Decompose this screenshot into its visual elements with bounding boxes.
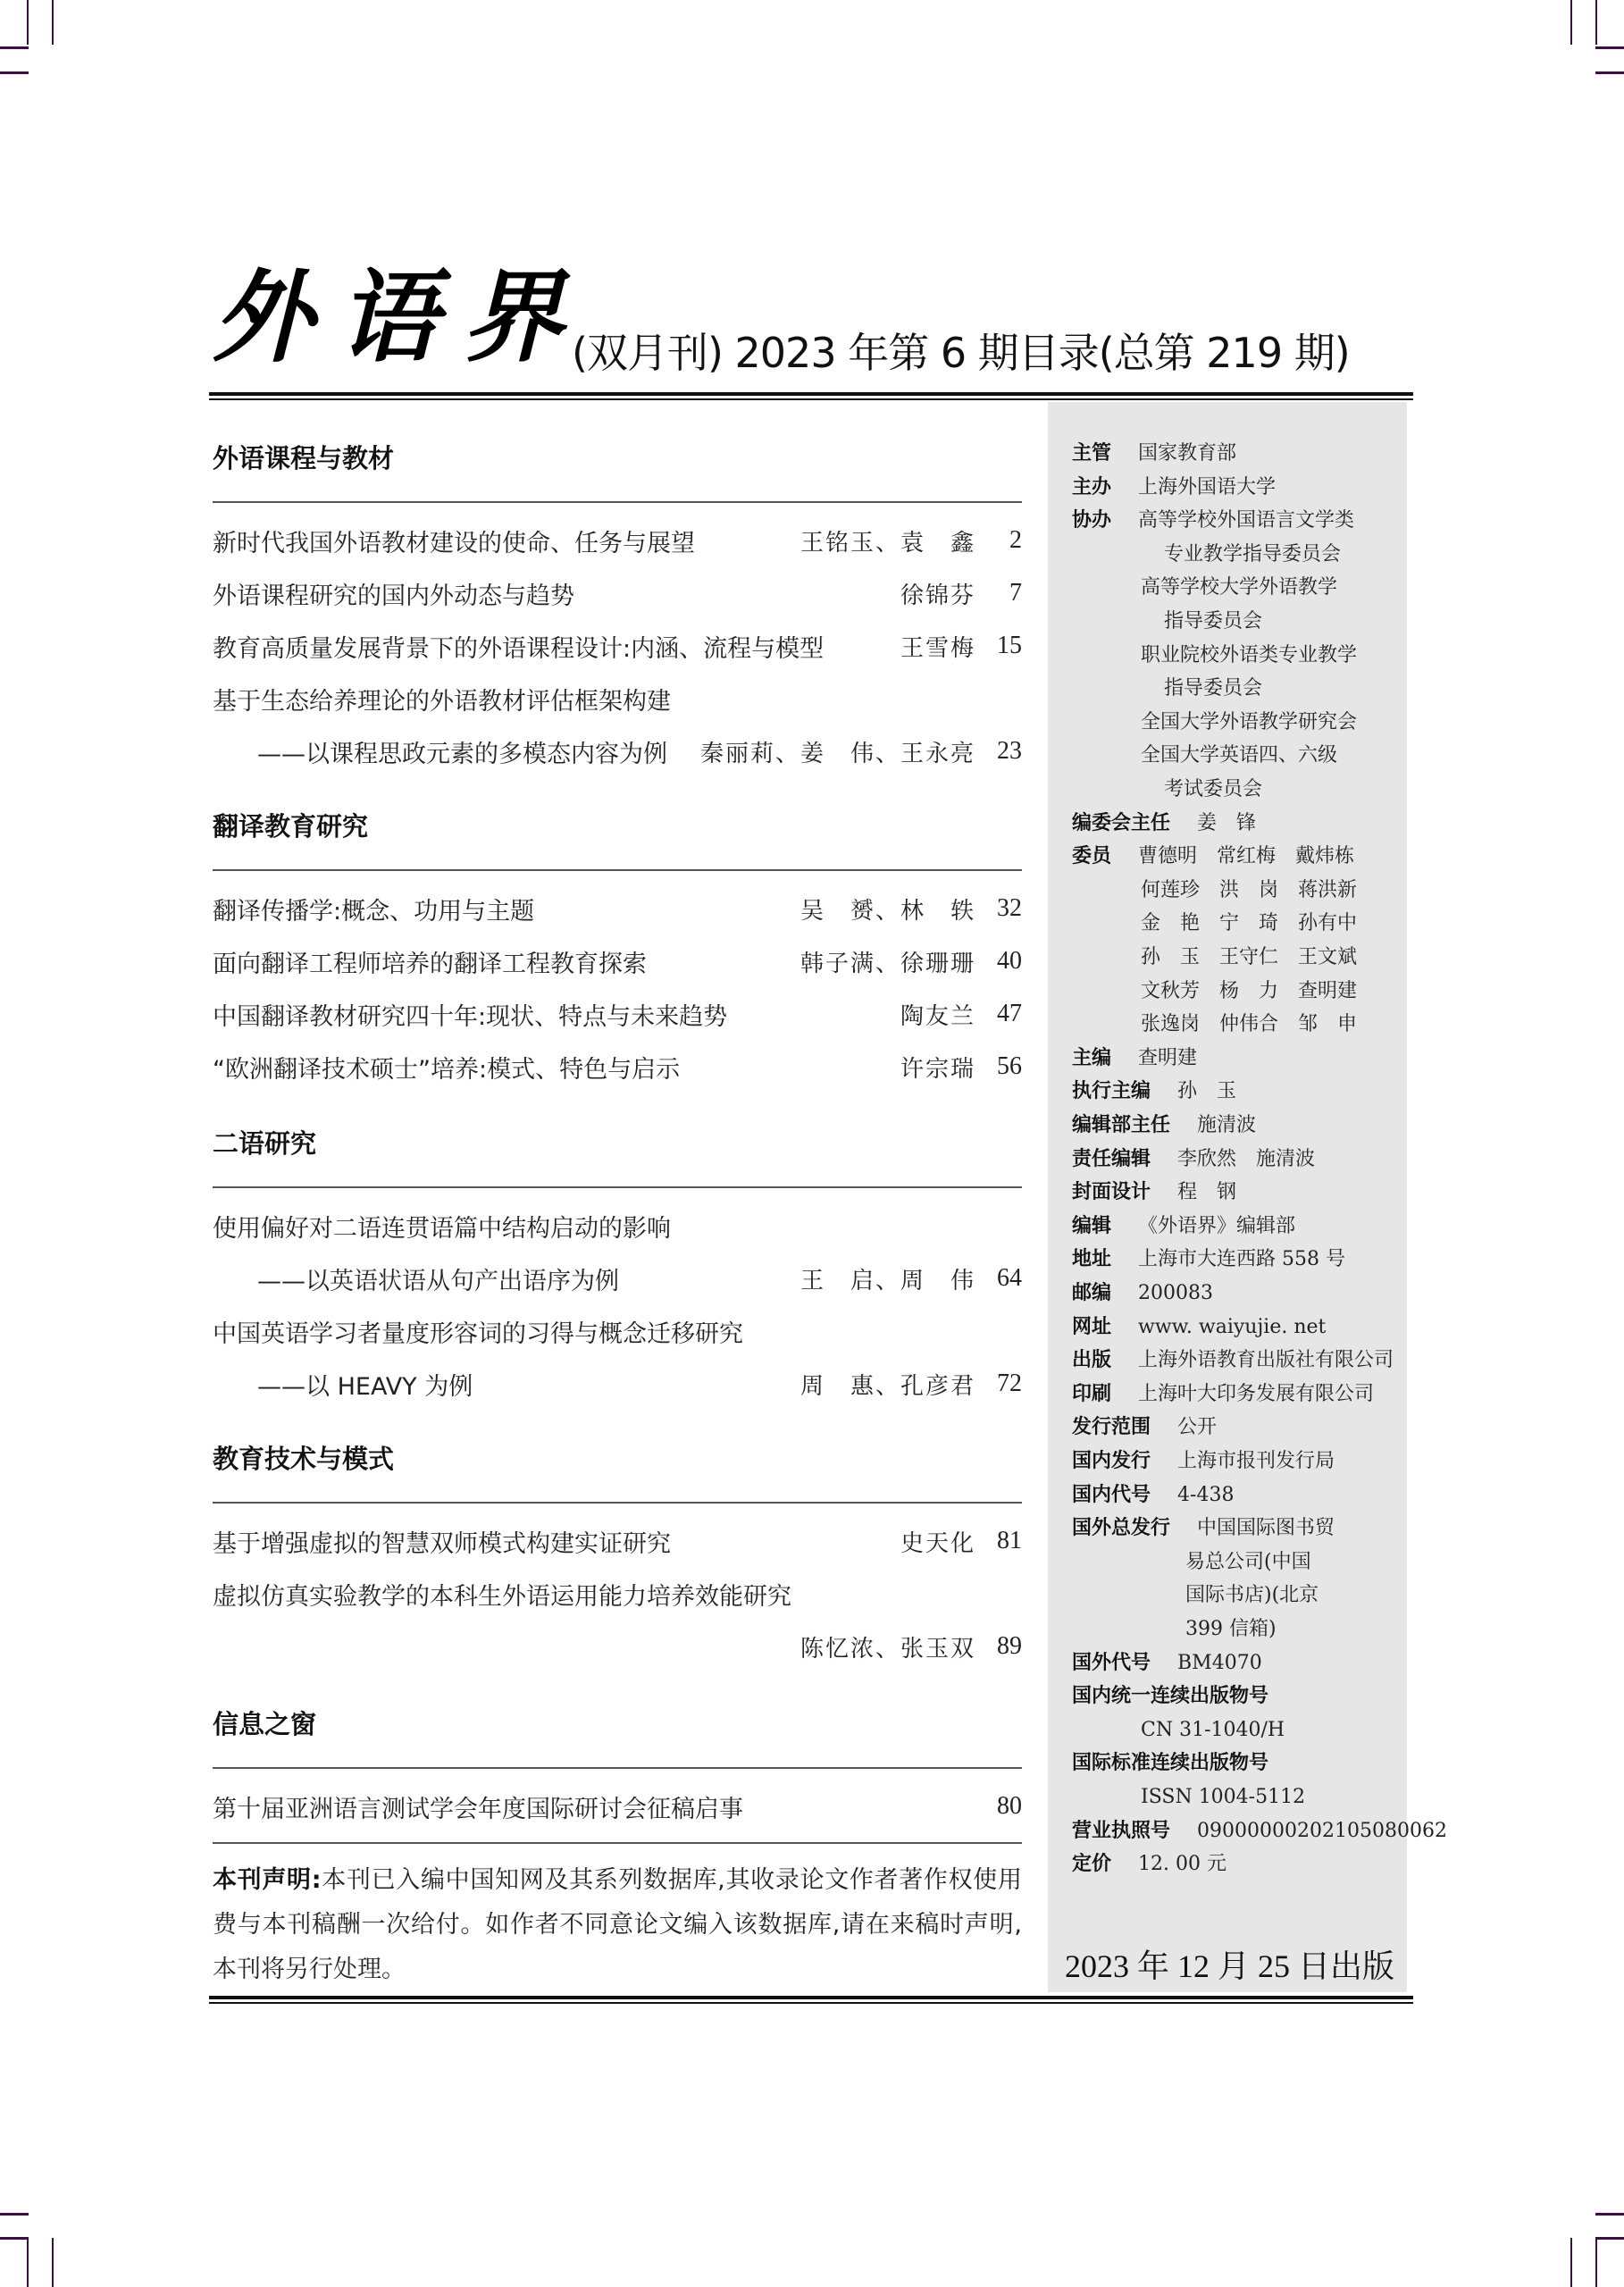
masthead-label: 国外代号 [1072, 1652, 1151, 1674]
article-title: 中国翻译教材研究四十年:现状、特点与未来趋势 [213, 997, 900, 1032]
masthead-row: 易总公司(中国 [1072, 1553, 1311, 1572]
masthead-value: 12. 00 元 [1138, 1853, 1226, 1875]
toc-entry[interactable]: 中国翻译教材研究四十年:现状、特点与未来趋势陶友兰47 [213, 996, 1022, 1032]
section-rule [213, 1186, 1022, 1188]
masthead-row: 国内统一连续出版物号 [1072, 1687, 1295, 1706]
masthead-label: 主管 [1072, 442, 1111, 465]
masthead-label: 定价 [1072, 1853, 1111, 1875]
crop-mark-br-h1 [1595, 2213, 1624, 2216]
masthead-value: 李欣然 施清波 [1177, 1148, 1315, 1170]
masthead-label: 国内统一连续出版物号 [1072, 1685, 1268, 1707]
masthead-row: 高等学校大学外语教学 [1072, 578, 1337, 598]
crop-mark-tr-h2 [1595, 71, 1624, 74]
masthead-value: 施清波 [1197, 1114, 1256, 1136]
masthead-row: 金 艳 宁 琦 孙有中 [1072, 914, 1357, 934]
masthead-value: ISSN 1004-5112 [1141, 1786, 1305, 1808]
masthead-row: 国际标准连续出版物号 [1072, 1754, 1295, 1773]
toc-entry[interactable]: 基于增强虚拟的智慧双师模式构建实证研究史天化81 [213, 1523, 1022, 1559]
masthead-label: 封面设计 [1072, 1181, 1151, 1203]
publication-date: 2023 年 12 月 25 日出版 [1065, 1941, 1394, 1987]
page-number: 15 [975, 632, 1022, 660]
section-rule [213, 501, 1022, 503]
crop-mark-bl-h2 [0, 2237, 29, 2240]
masthead-label: 责任编辑 [1072, 1148, 1151, 1170]
masthead-value: 高等学校外国语言文学类 [1138, 509, 1354, 532]
masthead-label: 主办 [1072, 476, 1111, 498]
masthead-value: BM4070 [1177, 1652, 1262, 1674]
masthead-value: 上海叶大印务发展有限公司 [1138, 1383, 1374, 1405]
crop-mark-bl-h1 [0, 2213, 29, 2216]
masthead-label: 印刷 [1072, 1383, 1111, 1405]
page-number: 2 [975, 526, 1022, 555]
article-title: 中国英语学习者量度形容词的习得与概念迁移研究 [213, 1314, 975, 1349]
toc-entry[interactable]: 中国英语学习者量度形容词的习得与概念迁移研究 [213, 1313, 1022, 1349]
masthead-row: 委员曹德明 常红梅 戴炜栋 [1072, 847, 1354, 867]
toc-entry[interactable]: 第十届亚洲语言测试学会年度国际研讨会征稿启事80 [213, 1789, 1022, 1824]
masthead-value: 指导委员会 [1164, 610, 1262, 632]
notice-text: 本刊已入编中国知网及其系列数据库,其收录论文作者著作权使用费与本刊稿酬一次给付。… [213, 1866, 1022, 1983]
masthead-value: 4-438 [1177, 1484, 1234, 1506]
masthead-row: 职业院校外语类专业教学 [1072, 646, 1357, 666]
masthead-value: 上海外语教育出版社有限公司 [1138, 1349, 1394, 1371]
toc-entry[interactable]: 新时代我国外语教材建设的使命、任务与展望王铭玉、袁 鑫2 [213, 523, 1022, 558]
article-title: ——以英语状语从句产出语序为例 [213, 1261, 800, 1296]
copyright-notice: 本刊声明:本刊已入编中国知网及其系列数据库,其收录论文作者著作权使用费与本刊稿酬… [213, 1858, 1022, 1992]
masthead-row: 发行范围公开 [1072, 1418, 1217, 1437]
page-number: 47 [975, 1000, 1022, 1028]
masthead-value: 399 信箱) [1185, 1618, 1277, 1640]
masthead-row: 399 信箱) [1072, 1620, 1277, 1639]
section-rule [213, 1767, 1022, 1769]
masthead-row: 出版上海外语教育出版社有限公司 [1072, 1351, 1394, 1370]
masthead-label: 国内发行 [1072, 1450, 1151, 1472]
masthead-row: 指导委员会 [1072, 612, 1262, 632]
article-title: 第十届亚洲语言测试学会年度国际研讨会征稿启事 [213, 1789, 975, 1824]
article-title: ——以课程思政元素的多模态内容为例 [213, 734, 700, 769]
masthead-value: 国际书店)(北京 [1185, 1584, 1318, 1606]
masthead-value: 09000000202105080062 [1197, 1820, 1447, 1842]
article-title: 虚拟仿真实验教学的本科生外语运用能力培养效能研究 [213, 1577, 975, 1612]
masthead-value: 程 钢 [1177, 1181, 1236, 1203]
article-authors: 史天化 [900, 1525, 975, 1558]
masthead-row: 专业教学指导委员会 [1072, 545, 1341, 565]
article-authors: 徐锦芬 [900, 577, 975, 610]
masthead-row: 文秋芳 杨 力 查明建 [1072, 982, 1357, 1001]
article-authors: 王铭玉、袁 鑫 [800, 524, 975, 557]
masthead-row: 国外代号BM4070 [1072, 1654, 1262, 1673]
masthead-row: 国内代号4-438 [1072, 1486, 1234, 1505]
masthead-row: 全国大学英语四、六级 [1072, 746, 1337, 766]
masthead-row: 主编查明建 [1072, 1049, 1197, 1068]
crop-mark-tl-h1 [0, 46, 29, 49]
masthead-row: 考试委员会 [1072, 780, 1262, 800]
toc-entry[interactable]: 虚拟仿真实验教学的本科生外语运用能力培养效能研究 [213, 1576, 1022, 1612]
page-number: 80 [975, 1792, 1022, 1821]
masthead-row: 指导委员会 [1072, 679, 1262, 699]
masthead-row: 责任编辑李欣然 施清波 [1072, 1150, 1315, 1169]
toc-entry[interactable]: ——以课程思政元素的多模态内容为例秦丽莉、姜 伟、王永亮23 [213, 733, 1022, 769]
masthead-row: 全国大学外语教学研究会 [1072, 713, 1357, 733]
article-authors: 王 启、周 伟 [800, 1262, 975, 1295]
masthead-label: 国内代号 [1072, 1484, 1151, 1506]
masthead-row: 编委会主任姜 锋 [1072, 814, 1256, 834]
masthead-value: 公开 [1177, 1416, 1217, 1438]
masthead-value: 文秋芳 杨 力 查明建 [1141, 980, 1357, 1002]
article-title: 新时代我国外语教材建设的使命、任务与展望 [213, 524, 800, 558]
page-number: 23 [975, 737, 1022, 766]
page-number: 64 [975, 1264, 1022, 1293]
masthead-value[interactable]: www. waiyujie. net [1138, 1316, 1326, 1338]
article-title: ——以 HEAVY 为例 [213, 1367, 800, 1402]
article-authors: 周 惠、孔彦君 [800, 1368, 975, 1401]
masthead-row: CN 31-1040/H [1072, 1721, 1285, 1740]
toc-entry[interactable]: 使用偏好对二语连贯语篇中结构启动的影响 [213, 1208, 1022, 1244]
crop-mark-bl-v2 [52, 2238, 54, 2287]
masthead-row: 孙 玉 王守仁 王文斌 [1072, 948, 1357, 968]
masthead-value: 《外语界》编辑部 [1138, 1215, 1295, 1237]
masthead-value: 高等学校大学外语教学 [1141, 576, 1337, 599]
notice-rule [213, 1842, 1022, 1844]
masthead-value: 国家教育部 [1138, 442, 1236, 465]
masthead-value: 职业院校外语类专业教学 [1141, 644, 1357, 666]
masthead-row: 印刷上海叶大印务发展有限公司 [1072, 1385, 1374, 1404]
masthead-value: CN 31-1040/H [1141, 1719, 1285, 1741]
masthead-row: 国际书店)(北京 [1072, 1586, 1318, 1605]
masthead-label: 执行主编 [1072, 1080, 1151, 1102]
crop-mark-tr-v1 [1570, 0, 1572, 45]
masthead-value: 孙 玉 王守仁 王文斌 [1141, 946, 1357, 968]
masthead-label: 主编 [1072, 1047, 1111, 1069]
masthead-value: 查明建 [1138, 1047, 1197, 1069]
masthead-row: 国外总发行中国国际图书贸 [1072, 1519, 1335, 1538]
masthead-row: 网址www. waiyujie. net [1072, 1318, 1326, 1337]
masthead-row: 执行主编孙 玉 [1072, 1082, 1236, 1102]
masthead-value: 易总公司(中国 [1185, 1551, 1311, 1573]
crop-mark-br-v1 [1570, 2238, 1572, 2287]
section-rule [213, 1502, 1022, 1504]
page-number: 32 [975, 894, 1022, 923]
masthead-row: 地址上海市大连西路 558 号 [1072, 1250, 1345, 1269]
article-authors: 韩子满、徐珊珊 [800, 945, 975, 978]
article-authors: 陈忆浓、张玉双 [800, 1630, 975, 1663]
top-double-rule [209, 392, 1413, 400]
article-title: 基于增强虚拟的智慧双师模式构建实证研究 [213, 1524, 900, 1559]
section-heading: 翻译教育研究 [213, 814, 368, 840]
masthead-value: 考试委员会 [1164, 778, 1262, 800]
article-title: 教育高质量发展背景下的外语课程设计:内涵、流程与模型 [213, 629, 900, 664]
masthead-label: 编辑部主任 [1072, 1114, 1170, 1136]
crop-mark-tl-v2 [52, 0, 54, 45]
masthead-label: 国际标准连续出版物号 [1072, 1752, 1268, 1774]
article-title: “欧洲翻译技术硕士”培养:模式、特色与启示 [213, 1050, 900, 1085]
section-heading: 信息之窗 [213, 1712, 316, 1738]
issue-title: (双月刊) 2023 年第 6 期目录(总第 219 期) [572, 332, 1350, 373]
masthead-label: 地址 [1072, 1248, 1111, 1270]
section-heading: 外语课程与教材 [213, 446, 394, 472]
bottom-double-rule [209, 1996, 1413, 2004]
article-authors: 吴 赟、林 轶 [800, 892, 975, 926]
masthead-value: 上海市大连西路 558 号 [1138, 1248, 1345, 1270]
article-title: 基于生态给养理论的外语教材评估框架构建 [213, 682, 975, 716]
masthead-value: 何莲珍 洪 岗 蒋洪新 [1141, 879, 1357, 901]
masthead-value: 孙 玉 [1177, 1080, 1236, 1102]
page-number: 40 [975, 947, 1022, 976]
toc-entry[interactable]: 翻译传播学:概念、功用与主题吴 赟、林 轶32 [213, 891, 1022, 926]
crop-mark-tl-v1 [27, 0, 29, 45]
masthead-row: 何莲珍 洪 岗 蒋洪新 [1072, 881, 1357, 901]
journal-logo: 外语界 [213, 268, 588, 368]
masthead-label: 营业执照号 [1072, 1820, 1170, 1842]
masthead-row: 编辑部主任施清波 [1072, 1116, 1256, 1135]
crop-mark-br-h2 [1595, 2237, 1624, 2240]
masthead-value: 上海外国语大学 [1138, 476, 1276, 498]
masthead-row: 编辑《外语界》编辑部 [1072, 1217, 1295, 1236]
section-heading: 教育技术与模式 [213, 1446, 394, 1472]
masthead-value: 专业教学指导委员会 [1164, 543, 1341, 565]
toc-entry[interactable]: 教育高质量发展背景下的外语课程设计:内涵、流程与模型王雪梅15 [213, 628, 1022, 664]
toc-entry[interactable]: ——以 HEAVY 为例周 惠、孔彦君72 [213, 1366, 1022, 1402]
masthead-value: 全国大学英语四、六级 [1141, 744, 1337, 767]
crop-mark-tr-h1 [1595, 46, 1624, 49]
masthead-label: 发行范围 [1072, 1416, 1151, 1438]
masthead-value: 曹德明 常红梅 戴炜栋 [1138, 845, 1354, 867]
masthead-row: 营业执照号09000000202105080062 [1072, 1822, 1447, 1841]
masthead-value: 指导委员会 [1164, 677, 1262, 700]
masthead-row: 主办上海外国语大学 [1072, 478, 1276, 498]
masthead-row: 张逸岗 仲伟合 邹 申 [1072, 1015, 1357, 1035]
masthead-label: 邮编 [1072, 1282, 1111, 1304]
masthead-label: 编辑 [1072, 1215, 1111, 1237]
article-authors: 许宗瑞 [900, 1051, 975, 1084]
notice-label: 本刊声明: [213, 1866, 322, 1894]
masthead-row: ISSN 1004-5112 [1072, 1788, 1305, 1807]
masthead-value: 张逸岗 仲伟合 邹 申 [1141, 1013, 1357, 1035]
toc-entry[interactable]: “欧洲翻译技术硕士”培养:模式、特色与启示许宗瑞56 [213, 1049, 1022, 1085]
masthead-label: 出版 [1072, 1349, 1111, 1371]
masthead-row: 封面设计程 钢 [1072, 1183, 1236, 1202]
toc-entry[interactable]: 陈忆浓、张玉双89 [213, 1629, 1022, 1664]
crop-mark-bl-v1 [27, 2238, 29, 2287]
section-rule [213, 869, 1022, 871]
article-title: 翻译传播学:概念、功用与主题 [213, 892, 800, 926]
crop-mark-tr-v2 [1595, 0, 1597, 45]
masthead-row: 国内发行上海市报刊发行局 [1072, 1452, 1335, 1471]
page-number: 56 [975, 1052, 1022, 1081]
masthead-label: 委员 [1072, 845, 1111, 867]
masthead-row: 邮编200083 [1072, 1284, 1213, 1303]
masthead-value: 姜 锋 [1197, 812, 1256, 834]
toc-entry[interactable]: 基于生态给养理论的外语教材评估框架构建 [213, 681, 1022, 716]
article-authors: 秦丽莉、姜 伟、王永亮 [700, 735, 975, 768]
page-number: 7 [975, 579, 1022, 607]
masthead-value: 中国国际图书贸 [1197, 1517, 1335, 1539]
masthead-label: 编委会主任 [1072, 812, 1170, 834]
masthead-label: 国外总发行 [1072, 1517, 1170, 1539]
article-title: 外语课程研究的国内外动态与趋势 [213, 576, 900, 611]
section-heading: 二语研究 [213, 1131, 316, 1157]
masthead-value: 金 艳 宁 琦 孙有中 [1141, 912, 1357, 934]
masthead-row: 主管国家教育部 [1072, 444, 1236, 464]
article-authors: 陶友兰 [900, 998, 975, 1031]
page-number: 89 [975, 1632, 1022, 1661]
crop-mark-tl-h2 [0, 71, 29, 74]
crop-mark-br-v2 [1595, 2238, 1597, 2287]
masthead-value: 全国大学外语教学研究会 [1141, 711, 1357, 733]
article-title: 面向翻译工程师培养的翻译工程教育探索 [213, 944, 800, 979]
masthead-value: 上海市报刊发行局 [1177, 1450, 1335, 1472]
masthead-value: 200083 [1138, 1282, 1213, 1304]
toc-entry[interactable]: 外语课程研究的国内外动态与趋势徐锦芬7 [213, 575, 1022, 611]
article-authors: 王雪梅 [900, 630, 975, 663]
article-title: 使用偏好对二语连贯语篇中结构启动的影响 [213, 1209, 975, 1244]
masthead-row: 协办高等学校外国语言文学类 [1072, 511, 1354, 531]
masthead-label: 网址 [1072, 1316, 1111, 1338]
page-number: 81 [975, 1527, 1022, 1555]
masthead-row: 定价12. 00 元 [1072, 1855, 1226, 1874]
page-number: 72 [975, 1370, 1022, 1398]
toc-entry[interactable]: 面向翻译工程师培养的翻译工程教育探索韩子满、徐珊珊40 [213, 943, 1022, 979]
toc-entry[interactable]: ——以英语状语从句产出语序为例王 启、周 伟64 [213, 1261, 1022, 1296]
masthead-label: 协办 [1072, 509, 1111, 532]
